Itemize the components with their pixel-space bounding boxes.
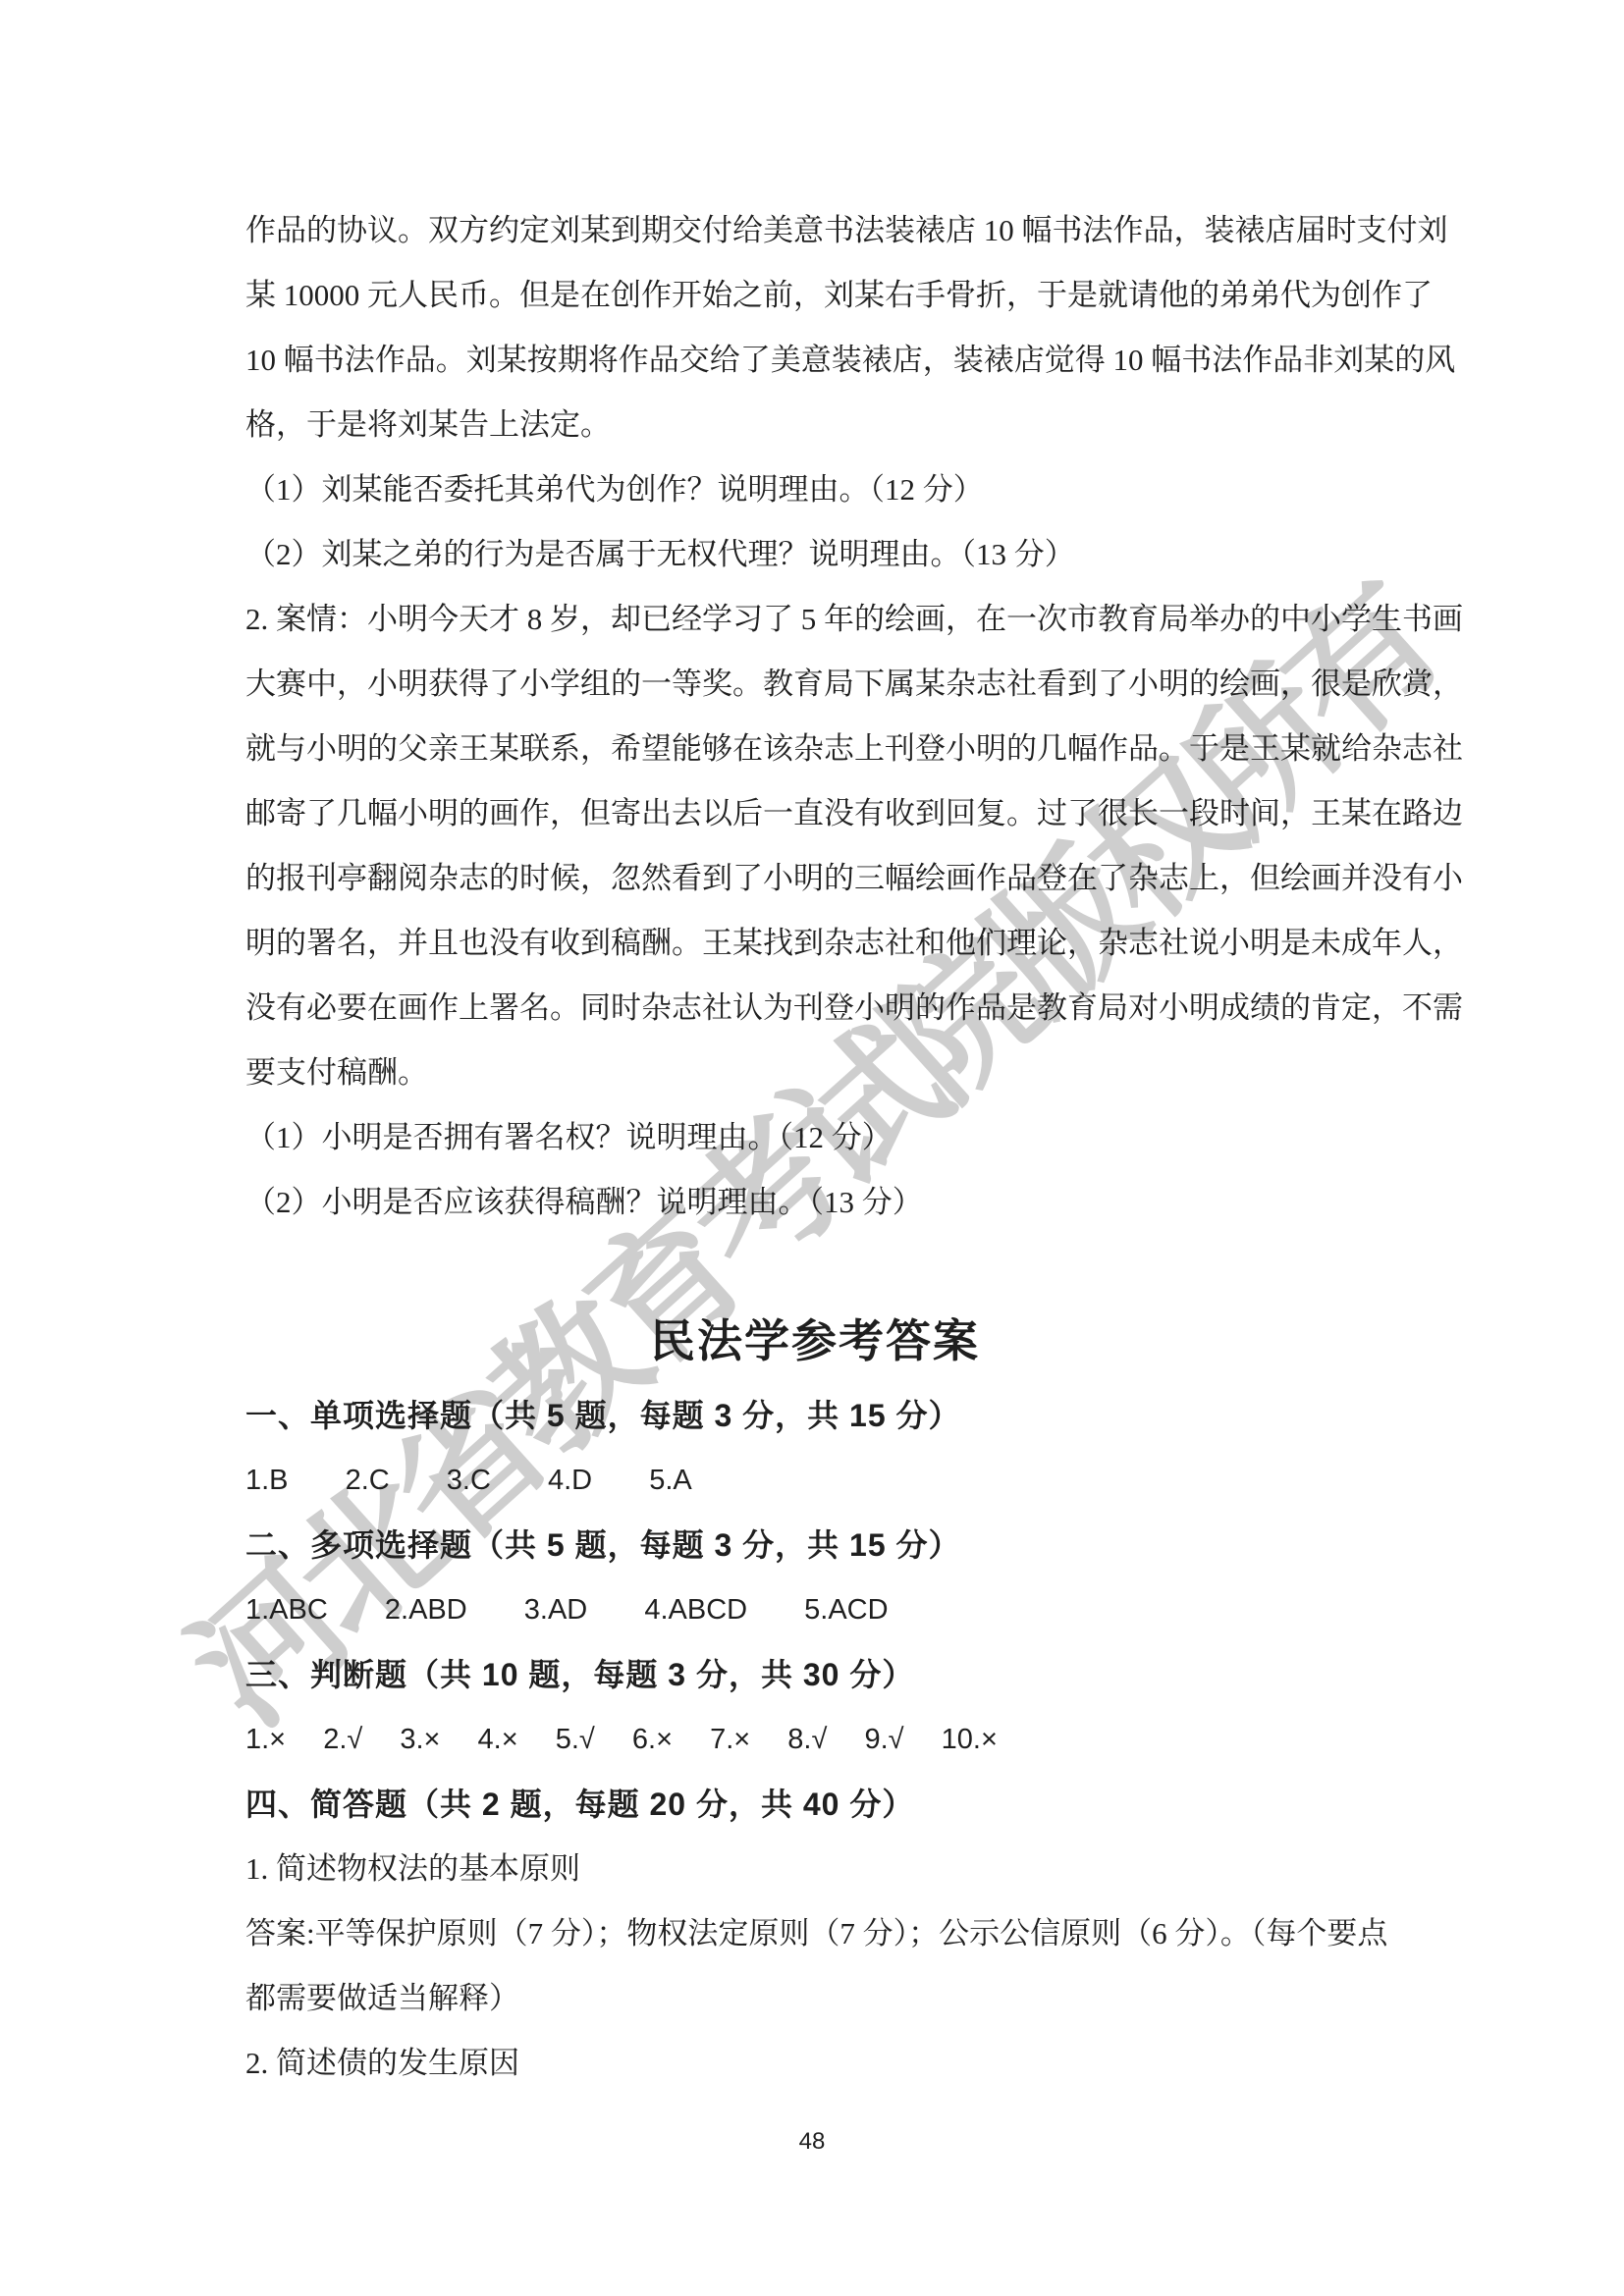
body-line: 大赛中，小明获得了小学组的一等奖。教育局下属某杂志社看到了小明的绘画，很是欣赏，: [245, 652, 1384, 717]
answer-item: 1.B: [245, 1448, 289, 1513]
multi-choice-answers: 1.ABC 2.ABD 3.AD 4.ABCD 5.ACD: [245, 1577, 1384, 1642]
short-answer-line: 都需要做适当解释）: [245, 1966, 1384, 2031]
answer-item: 3.C: [447, 1448, 491, 1513]
body-line: 某 10000 元人民币。但是在创作开始之前，刘某右手骨折，于是就请他的弟弟代为…: [245, 263, 1384, 328]
judgment-answers: 1.× 2.√ 3.× 4.× 5.√ 6.× 7.× 8.√ 9.√ 10.×: [245, 1707, 1384, 1772]
document-page: 河北省教育考试院版权所有 作品的协议。双方约定刘某到期交付给美意书法装裱店 10…: [0, 0, 1624, 2296]
section-heading-multi-choice: 二、多项选择题（共 5 题，每题 3 分，共 15 分）: [245, 1513, 1384, 1577]
body-line: 10 幅书法作品。刘某按期将作品交给了美意装裱店，装裱店觉得 10 幅书法作品非…: [245, 328, 1384, 393]
question-line: （2）小明是否应该获得稿酬？说明理由。（13 分）: [245, 1170, 1384, 1235]
section-heading-judgment: 三、判断题（共 10 题，每题 3 分，共 30 分）: [245, 1642, 1384, 1707]
answer-item: 4.×: [478, 1707, 518, 1772]
body-line: 作品的协议。双方约定刘某到期交付给美意书法装裱店 10 幅书法作品，装裱店届时支…: [245, 198, 1384, 263]
body-line: 要支付稿酬。: [245, 1041, 1384, 1105]
single-choice-answers: 1.B 2.C 3.C 4.D 5.A: [245, 1448, 1384, 1513]
answer-item: 5.ACD: [804, 1577, 888, 1642]
body-line: 邮寄了几幅小明的画作，但寄出去以后一直没有收到回复。过了很长一段时间，王某在路边: [245, 781, 1384, 846]
body-line: 明的署名，并且也没有收到稿酬。王某找到杂志社和他们理论，杂志社说小明是未成年人，: [245, 911, 1384, 976]
answer-item: 2.√: [323, 1707, 362, 1772]
answer-item: 7.×: [710, 1707, 750, 1772]
answer-item: 4.D: [548, 1448, 592, 1513]
section-heading-single-choice: 一、单项选择题（共 5 题，每题 3 分，共 15 分）: [245, 1383, 1384, 1448]
answer-item: 9.√: [864, 1707, 903, 1772]
answer-item: 2.ABD: [385, 1577, 467, 1642]
question-line: （2）刘某之弟的行为是否属于无权代理？说明理由。（13 分）: [245, 522, 1384, 587]
answer-item: 1.ABC: [245, 1577, 328, 1642]
answer-item: 3.AD: [524, 1577, 587, 1642]
answer-item: 10.×: [942, 1707, 998, 1772]
answer-item: 6.×: [632, 1707, 673, 1772]
answer-item: 1.×: [245, 1707, 286, 1772]
body-line: 格，于是将刘某告上法定。: [245, 393, 1384, 457]
answer-item: 5.√: [556, 1707, 595, 1772]
short-answer-line: 答案:平等保护原则（7 分）；物权法定原则（7 分）；公示公信原则（6 分）。（…: [245, 1901, 1384, 1966]
answer-item: 2.C: [346, 1448, 390, 1513]
body-line: 没有必要在画作上署名。同时杂志社认为刊登小明的作品是教育局对小明成绩的肯定，不需: [245, 976, 1384, 1041]
body-line: 的报刊亭翻阅杂志的时候，忽然看到了小明的三幅绘画作品登在了杂志上，但绘画并没有小: [245, 846, 1384, 911]
answer-key-title: 民法学参考答案: [245, 1311, 1384, 1370]
page-content: 作品的协议。双方约定刘某到期交付给美意书法装裱店 10 幅书法作品，装裱店届时支…: [245, 198, 1384, 2096]
answer-item: 3.×: [400, 1707, 440, 1772]
answer-item: 4.ABCD: [644, 1577, 747, 1642]
answer-item: 8.√: [787, 1707, 827, 1772]
question-line: （1）小明是否拥有署名权？说明理由。（12 分）: [245, 1105, 1384, 1170]
short-answer-question: 2. 简述债的发生原因: [245, 2031, 1384, 2096]
section-heading-short-answer: 四、简答题（共 2 题，每题 20 分，共 40 分）: [245, 1772, 1384, 1837]
body-line: 就与小明的父亲王某联系，希望能够在该杂志上刊登小明的几幅作品。于是王某就给杂志社: [245, 717, 1384, 781]
answer-item: 5.A: [649, 1448, 692, 1513]
question-line: （1）刘某能否委托其弟代为创作？说明理由。（12 分）: [245, 457, 1384, 522]
page-number: 48: [0, 2128, 1624, 2156]
body-line: 2. 案情：小明今天才 8 岁，却已经学习了 5 年的绘画，在一次市教育局举办的…: [245, 587, 1384, 652]
short-answer-question: 1. 简述物权法的基本原则: [245, 1837, 1384, 1901]
